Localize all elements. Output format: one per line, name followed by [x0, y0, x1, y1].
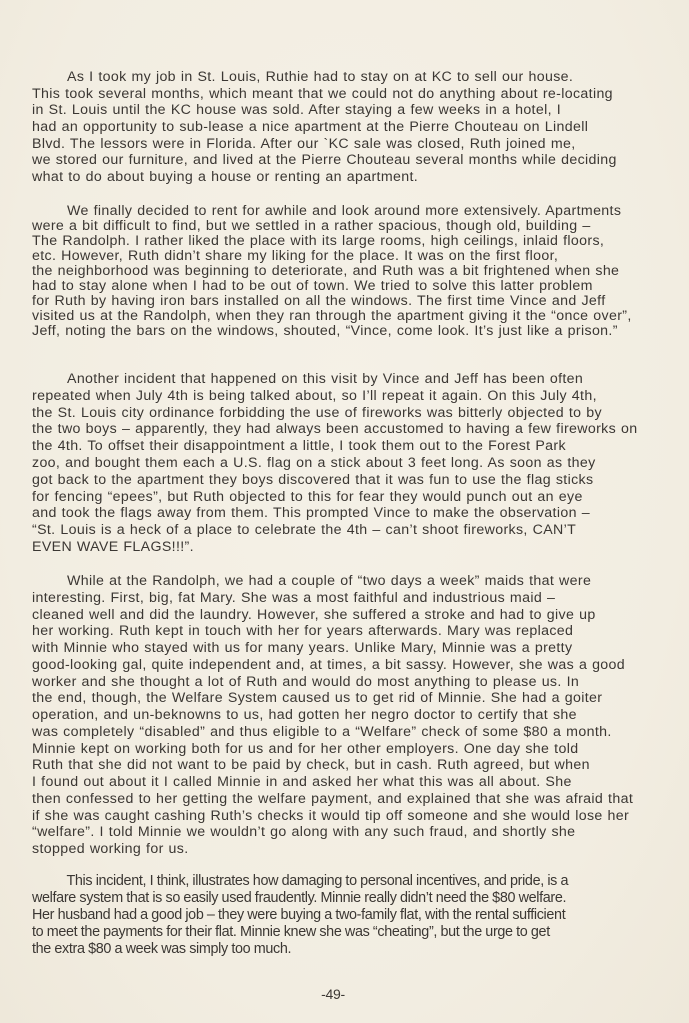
document-page: As I took my job in St. Louis, Ruthie ha… — [0, 0, 689, 1023]
text-line: EVEN WAVE FLAGS!!!”. — [32, 539, 682, 556]
paragraph-2: We finally decided to rent for awhile an… — [32, 204, 682, 339]
text-line: with Minnie who stayed with us for many … — [32, 640, 682, 657]
text-line: I found out about it I called Minnie in … — [32, 774, 682, 791]
text-line: repeated when July 4th is being talked a… — [32, 388, 682, 405]
text-line: the 4th. To offset their disappointment … — [32, 438, 682, 455]
text-line: zoo, and bought them each a U.S. flag on… — [32, 455, 682, 472]
text-line: then confessed to her getting the welfar… — [32, 791, 682, 808]
text-line: good-looking gal, quite independent and,… — [32, 657, 682, 674]
text-line: got back to the apartment they boys disc… — [32, 472, 682, 489]
text-line: the neighborhood was beginning to deteri… — [32, 264, 682, 279]
paragraph-4: While at the Randolph, we had a couple o… — [32, 573, 682, 858]
text-line: As I took my job in St. Louis, Ruthie ha… — [32, 69, 682, 86]
text-line: Another incident that happened on this v… — [32, 371, 682, 388]
text-line: This took several months, which meant th… — [32, 86, 682, 103]
text-line: cleaned well and did the laundry. Howeve… — [32, 607, 682, 624]
text-line: for Ruth by having iron bars installed o… — [32, 294, 682, 309]
text-line: the two boys – apparently, they had alwa… — [32, 421, 682, 438]
text-line: While at the Randolph, we had a couple o… — [32, 573, 682, 590]
text-line: were a bit difficult to find, but we set… — [32, 219, 682, 234]
text-line: the end, though, the Welfare System caus… — [32, 690, 682, 707]
paragraph-1: As I took my job in St. Louis, Ruthie ha… — [32, 69, 682, 186]
text-line: Jeff, noting the bars on the windows, sh… — [32, 324, 682, 339]
paragraph-5: This incident, I think, illustrates how … — [32, 873, 682, 958]
text-line: visited us at the Randolph, when they ra… — [32, 309, 682, 324]
text-line: “St. Louis is a heck of a place to celeb… — [32, 522, 682, 539]
text-line: what to do about buying a house or renti… — [32, 169, 682, 186]
text-line: worker and she thought a lot of Ruth and… — [32, 674, 682, 691]
text-line: the St. Louis city ordinance forbidding … — [32, 405, 682, 422]
text-line: We finally decided to rent for awhile an… — [32, 204, 682, 219]
text-line: stopped working for us. — [32, 841, 682, 858]
text-line: if she was caught cashing Ruth’s checks … — [32, 808, 682, 825]
text-line: her working. Ruth kept in touch with her… — [32, 623, 682, 640]
text-line: Blvd. The lessors were in Florida. After… — [32, 136, 682, 153]
paragraph-3: Another incident that happened on this v… — [32, 371, 682, 556]
text-line: the extra $80 a week was simply too much… — [32, 941, 672, 958]
text-line: Ruth that she did not want to be paid by… — [32, 757, 682, 774]
text-line: in St. Louis until the KC house was sold… — [32, 102, 682, 119]
text-line: etc. However, Ruth didn’t share my likin… — [32, 249, 682, 264]
text-line: had to stay alone when I had to be out o… — [32, 279, 682, 294]
text-line: Her husband had a good job – they were b… — [32, 907, 672, 924]
text-line: and took the flags away from them. This … — [32, 505, 682, 522]
text-line: interesting. First, big, fat Mary. She w… — [32, 590, 682, 607]
text-line: “welfare”. I told Minnie we wouldn’t go … — [32, 824, 682, 841]
text-line: we stored our furniture, and lived at th… — [32, 152, 682, 169]
text-line: had an opportunity to sub-lease a nice a… — [32, 119, 682, 136]
text-line: operation, and un-beknowns to us, had go… — [32, 707, 682, 724]
text-line: The Randolph. I rather liked the place w… — [32, 234, 682, 249]
text-line: welfare system that is so easily used fr… — [32, 890, 672, 907]
text-line: was completely “disabled” and thus eligi… — [32, 724, 682, 741]
text-line: to meet the payments for their flat. Min… — [32, 924, 672, 941]
page-number: -49- — [0, 986, 666, 1002]
text-line: This incident, I think, illustrates how … — [32, 873, 672, 890]
text-line: for fencing “epees”, but Ruth objected t… — [32, 489, 682, 506]
text-line: Minnie kept on working both for us and f… — [32, 741, 682, 758]
